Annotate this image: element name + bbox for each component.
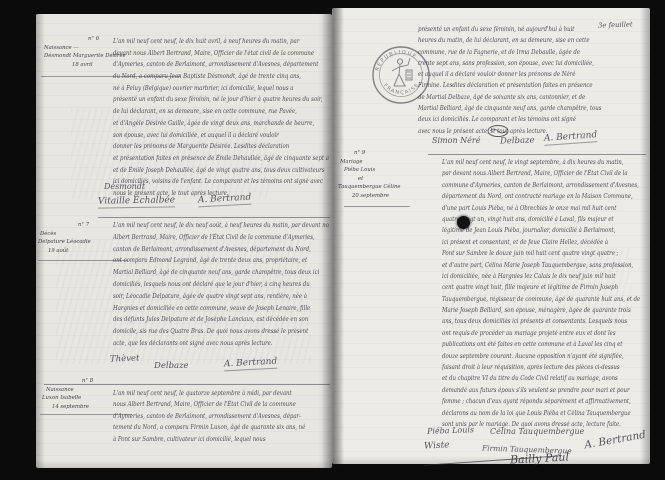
handwriting-line: L'an mil neuf cent neuf, le vingt septem…	[442, 157, 607, 168]
handwriting-line: trente sept ans, sans profession, son ép…	[418, 58, 600, 69]
handwriting-line: du Nord, a comparu Jean Baptiste Désmond…	[113, 71, 286, 83]
handwriting-line: Albert Bertrand, Maire, Officier de l'Ét…	[113, 232, 286, 244]
handwriting-line: présenté un enfant du sexe féminin, né a…	[418, 24, 600, 35]
register-right-page: 3e feuillet RÉPUBLIQUE FRANÇAISE présent…	[332, 8, 650, 464]
handwriting-line: d'Aymeries, canton de Berlaimont, arrond…	[113, 59, 286, 71]
handwriting-line: publications ont été faites en cette com…	[442, 339, 607, 350]
margin-note-record-9: n° 9 Mariage Piéba Louis et Tauquembergu…	[338, 149, 442, 201]
register-left-page: n° 6 Naissance — Désmondt Marguerite Dés…	[36, 14, 332, 468]
handwriting-line: et de Émile Joseph Dehaullée, âgé de vin…	[113, 165, 286, 177]
record-type: Mariage	[340, 158, 432, 167]
handwriting-line: L'an mil neuf cent neuf, le dix neuf aoû…	[113, 220, 286, 232]
handwriting-line: d'une part Louis Piéba, né à Obrechies l…	[442, 203, 607, 214]
handwriting-line: heures du matin, de lui déclarant, en sa…	[418, 35, 600, 46]
handwriting-line: et d'autre part, Célina Marie Joseph Tau…	[442, 260, 607, 271]
handwriting-line: Martial Belliard, âgé de cinquante neuf …	[418, 103, 600, 114]
signature: Célina Tauquembergue	[490, 427, 584, 436]
handwriting-line: cent quatre vingt huit, fille majeure et…	[442, 282, 607, 293]
svg-text:FRANÇAISE: FRANÇAISE	[382, 82, 421, 96]
handwriting-line: à Pont sur Sambre, cultivateur ici domic…	[113, 434, 286, 445]
handwriting-line: L'an mil neuf cent neuf, le quatorze sep…	[113, 388, 286, 399]
handwriting-line: et présentation faites en présence de Ém…	[113, 153, 286, 165]
record-groom: Piéba Louis	[344, 166, 432, 175]
handwriting-line: par devant nous Albert Bertrand, Maire, …	[442, 168, 607, 179]
punch-hole	[457, 216, 470, 229]
handwriting-line: soir, Léocadie Delpature, âgée de quatre…	[113, 291, 286, 303]
record-8-body: L'an mil neuf cent neuf, le quatorze sep…	[113, 388, 329, 445]
handwriting-line: demandé aux futurs époux s'ils veulent s…	[442, 385, 607, 396]
record-bride: Tauquembergue Céline	[338, 183, 432, 192]
signature: A. Bertrand	[544, 130, 598, 146]
handwriting-line: canton de Berlaimont, arrondissement d'A…	[113, 244, 286, 256]
marianne-figure	[392, 58, 412, 86]
handwriting-line: et du chapitre VI du titre du Code Civil…	[442, 373, 607, 384]
signature: Delbaze	[500, 135, 535, 146]
handwriting-line: devant nous Albert Bertrand, Maire, Offi…	[113, 48, 286, 60]
handwriting-line: département du Nord, ont contracté maria…	[442, 191, 607, 202]
handwriting-line: ans, tous deux domiciliés ici présents e…	[442, 316, 607, 327]
handwriting-line: Martial Belliard, âgé de cinquante neuf …	[113, 267, 286, 279]
handwriting-line: nous Albert Bertrand, Maire, Officier de…	[113, 399, 286, 410]
handwriting-line: ici domiciliée, née à Hargnies lez Calai…	[442, 271, 607, 282]
margin-note-underline	[344, 206, 410, 207]
handwriting-line: ont requis de procéder au mariage projet…	[442, 328, 607, 339]
signature: A. Bertrand	[583, 429, 646, 452]
record-number: n° 8	[82, 377, 143, 386]
handwriting-line: faisant droit à leur réquisition, après …	[442, 362, 607, 373]
handwriting-line: Tauquembergue, régisseur de commune, âgé…	[442, 294, 607, 305]
record-date: 20 septembre	[352, 192, 433, 201]
record-conjunction: et	[358, 175, 434, 184]
handwriting-line: L'an mil neuf cent neuf, le dix huit avr…	[113, 36, 286, 48]
signature: Delbaze	[154, 361, 189, 371]
handwriting-line: et auquel il a déclaré vouloir donner le…	[418, 69, 600, 80]
signature: Piéba Louis	[427, 425, 474, 436]
record-separator-rule	[98, 217, 330, 218]
signature: Vitaille Échalbée	[98, 195, 175, 208]
handwriting-line: donner les prénoms de Marguerite Désirée…	[113, 141, 286, 153]
handwriting-line: déclarons au nom de la loi que Louis Pié…	[442, 408, 607, 419]
stamp-text-bottom: FRANÇAISE	[382, 82, 421, 96]
signature: Désmondt	[104, 182, 145, 191]
handwriting-line: Firmine. Lesdites déclaration et présent…	[418, 80, 600, 91]
handwriting-line: né à Feluy (Belgique) ouvrier marbrier, …	[113, 83, 286, 95]
handwriting-line: ont comparu Edmond Legrand, âgé de trent…	[113, 255, 286, 267]
handwriting-line: présenté un enfant du sexe féminin, né l…	[113, 94, 286, 106]
signature: A. Bertrand	[198, 193, 252, 208]
handwriting-line: et d'Angèle Désirée Guille, âgée de ving…	[113, 118, 286, 130]
handwriting-line: douze septembre courant. Aucune oppositi…	[442, 351, 607, 362]
handwriting-line: de Martial Delbaze, âgé de soixante six …	[418, 92, 600, 103]
handwriting-line: ici présent et consentant, et de feue Cl…	[442, 237, 607, 248]
handwriting-line: tement du Nord, a comparu Firmin Luxon, …	[113, 422, 286, 433]
signature: A. Bertrand	[224, 357, 278, 372]
handwriting-line: Marie Joseph Belliard, son épouse, ménag…	[442, 305, 607, 316]
handwriting-line: domiciliés, lesquels nous ont déclaré qu…	[113, 279, 286, 291]
record-9-body: L'an mil neuf cent neuf, le vingt septem…	[442, 157, 648, 430]
signature: Simon Néré	[432, 136, 480, 145]
handwriting-line: commune, rue de la Fagnerie, et de Irma …	[418, 47, 600, 58]
signature: Wiste	[424, 440, 450, 451]
handwriting-line: Pont sur Sambre le douze juin mil huit c…	[442, 248, 607, 259]
record-7-body: L'an mil neuf cent neuf, le dix neuf aoû…	[113, 220, 329, 350]
handwriting-line: de lui déclarant, en sa demeure, sise en…	[113, 106, 286, 118]
handwriting-line: femme ; chacun d'eux ayant répondu sépar…	[442, 396, 607, 407]
handwriting-line: commune d'Aymeries, canton de Berlaimont…	[442, 180, 607, 191]
handwriting-line: acte, que les déclarants ont signé avec …	[113, 338, 286, 350]
record-6-body: L'an mil neuf cent neuf, le dix huit avr…	[113, 36, 329, 200]
record-number: n° 9	[354, 149, 433, 158]
handwriting-line: des défunts Jules Delpature et de Josèph…	[113, 314, 286, 326]
handwriting-line: domicile, sis rue des Quatre Bras. De qu…	[113, 326, 286, 338]
handwriting-line: d'Aymeries, canton de Berlaimont, arrond…	[113, 411, 286, 422]
handwriting-line: son épouse, avec lui domiciliée, et auqu…	[113, 130, 286, 142]
record-separator-rule	[428, 154, 646, 155]
handwriting-line: Hargnies et domiciliée en cette commune,…	[113, 303, 286, 315]
signature: Thèvet	[110, 353, 140, 364]
continuation-body: présenté un enfant du sexe féminin, né a…	[418, 24, 646, 137]
